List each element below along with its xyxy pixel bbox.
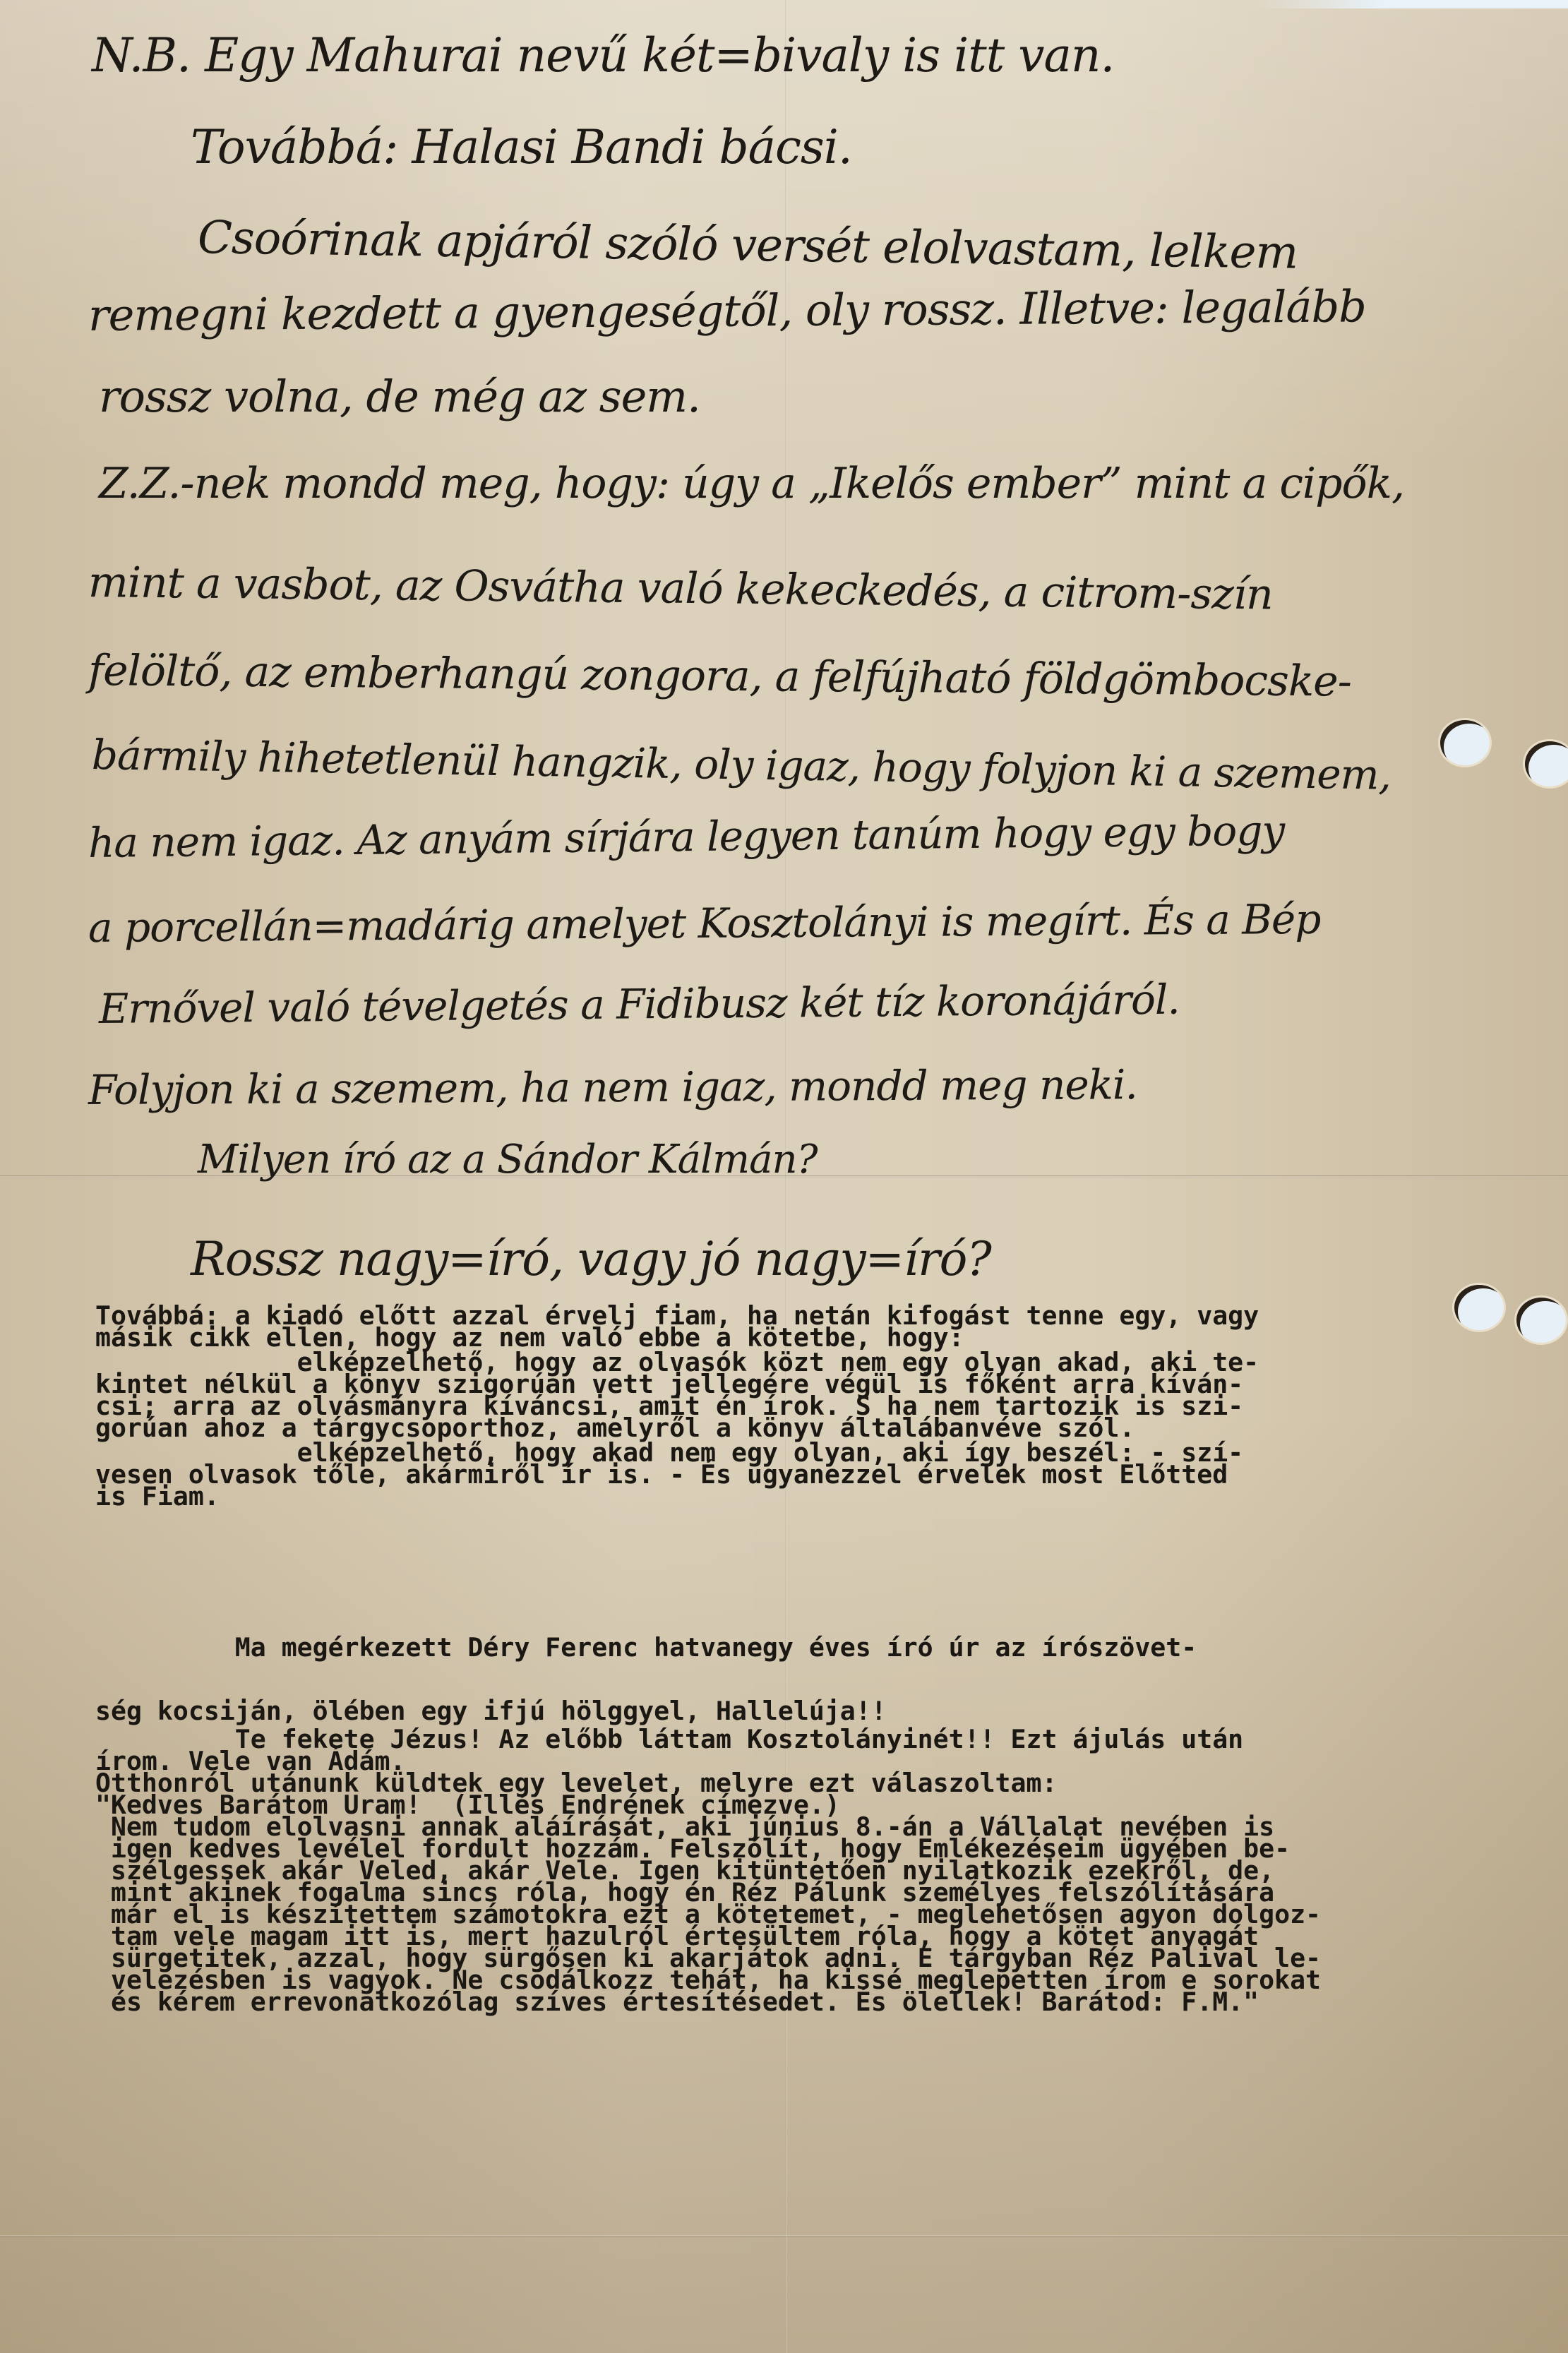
typed-line: és kérem errevonatkozólag szíves értesít… (95, 1991, 1259, 2013)
handwritten-line: Folyjon ki a szemem, ha nem igaz, mondd … (88, 1060, 1137, 1114)
handwritten-line: Csoórinak apjáról szóló versét elolvasta… (197, 212, 1298, 280)
handwritten-line: felöltő, az emberhangú zongora, a felfúj… (88, 646, 1352, 707)
typed-line: ség kocsiján, ölében egy ifjú hölggyel, … (95, 1700, 887, 1722)
handwritten-line: N.B. Egy Mahurai nevű két=bivaly is itt … (92, 28, 1114, 83)
punch-hole (1516, 1298, 1566, 1343)
handwritten-line: Milyen író az a Sándor Kálmán? (198, 1137, 818, 1183)
punch-hole (1440, 720, 1490, 765)
handwritten-line: a porcellán=madárig amelyet Kosztolányi … (88, 895, 1321, 952)
typed-line: gorúan ahoz a tárgycsoporthoz, amelyről … (95, 1417, 1135, 1439)
handwritten-line: remegni kezdett a gyengeségtől, oly ross… (88, 280, 1366, 341)
typed-line: Ma megérkezett Déry Ferenc hatvanegy éve… (95, 1636, 1197, 1658)
handwritten-line: rossz volna, de még az sem. (99, 371, 700, 422)
handwritten-line: mint a vasbot, az Osvátha való kekeckedé… (88, 558, 1273, 620)
typed-line: vesen olvasok tőle, akármiről ír is. - É… (95, 1463, 1228, 1485)
handwritten-line: bármily hihetetlenül hangzik, oly igaz, … (91, 731, 1391, 799)
handwritten-line: ha nem igaz. Az anyám sírjára legyen tan… (88, 806, 1285, 867)
handwritten-line: Z.Z.-nek mondd meg, hogy: úgy a „Ikelős … (99, 459, 1404, 508)
handwritten-line: Továbbá: Halasi Bandi bácsi. (191, 120, 852, 174)
background-edge (1257, 0, 1568, 8)
handwritten-line: Rossz nagy=író, vagy jó nagy=író? (191, 1232, 991, 1286)
typed-line: másik cikk ellen, hogy az nem való ebbe … (95, 1327, 964, 1348)
punch-hole (1454, 1285, 1504, 1330)
typed-line: is Fiam. (95, 1485, 220, 1507)
lower-fold-crease (0, 2235, 1568, 2237)
handwritten-line: Ernővel való tévelgetés a Fidibusz két t… (99, 976, 1180, 1033)
punch-hole (1525, 741, 1568, 786)
letter-page: N.B. Egy Mahurai nevű két=bivaly is itt … (0, 0, 1568, 2353)
